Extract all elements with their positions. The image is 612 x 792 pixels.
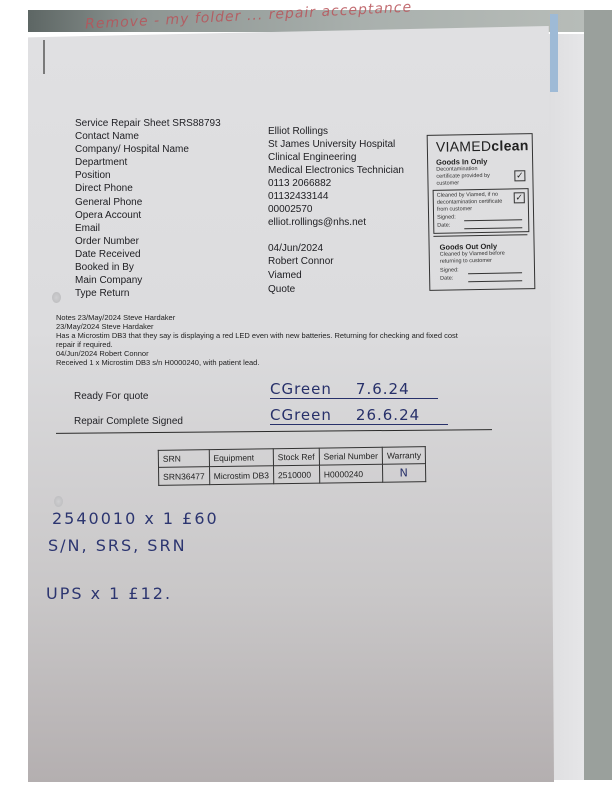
out-date-label: Date:: [440, 275, 453, 282]
handwritten-line-1: 2540010 x 1 £60: [52, 509, 219, 528]
ready-for-quote-signature: CGreen7.6.24: [270, 380, 438, 399]
blue-tab: [550, 14, 558, 92]
viamed-clean-box: VIAMEDclean Goods In Only Decontaminatio…: [427, 133, 536, 291]
note-line: Received 1 x Microstim DB3 s/n H0000240,…: [56, 358, 551, 367]
col-stock-ref: Stock Ref: [273, 448, 319, 466]
date-label: Date:: [437, 223, 450, 230]
field-label: Contact Name: [75, 131, 139, 142]
out-date-line: [468, 280, 522, 282]
signed-line: [464, 219, 522, 221]
signature-date: 26.6.24: [356, 406, 420, 424]
signature-date: 7.6.24: [356, 380, 410, 398]
cell-equipment: Microstim DB3: [209, 466, 274, 485]
field-value: 01132433144: [268, 191, 328, 202]
field-label: Opera Account: [75, 210, 141, 221]
field-value: 04/Jun/2024: [268, 243, 323, 254]
field-value: Viamed: [268, 270, 302, 281]
col-equipment: Equipment: [209, 449, 273, 467]
ready-for-quote-label: Ready For quote: [74, 391, 149, 402]
cell-stock-ref: 2510000: [273, 465, 319, 484]
equipment-table: SRN Equipment Stock Ref Serial Number Wa…: [158, 446, 427, 486]
note-line: repair if required.: [56, 340, 551, 349]
field-label: Email: [75, 223, 100, 234]
cell-serial-number: H0000240: [319, 464, 383, 483]
form-title: Service Repair Sheet SRS88793: [75, 118, 221, 129]
out-signed-line: [468, 272, 522, 274]
col-warranty: Warranty: [382, 447, 425, 465]
repair-complete-label: Repair Complete Signed: [74, 416, 183, 427]
field-value: elliot.rollings@nhs.net: [268, 217, 366, 228]
field-label: Type Return: [75, 288, 129, 299]
field-label: Position: [75, 170, 111, 181]
field-label: Department: [75, 157, 127, 168]
field-value: Robert Connor: [268, 256, 334, 267]
field-label: Direct Phone: [75, 183, 133, 194]
note-line: Notes 23/May/2024 Steve Hardaker: [56, 313, 551, 322]
cleaned-by-viamed-box: Cleaned by Viamed, if no decontamination…: [433, 188, 530, 234]
decon-checkbox[interactable]: ✓: [514, 170, 525, 181]
note-line: 04/Jun/2024 Robert Connor: [56, 349, 551, 358]
field-label: Main Company: [75, 275, 142, 286]
field-value: 0113 2066882: [268, 178, 331, 189]
field-value: Clinical Engineering: [268, 152, 356, 163]
signature-name: CGreen: [270, 406, 332, 424]
field-label: Booked in By: [75, 262, 134, 273]
cell-srn: SRN36477: [159, 467, 210, 486]
handwritten-line-2: S/N, SRS, SRN: [48, 536, 187, 555]
table-row: SRN36477 Microstim DB3 2510000 H0000240 …: [159, 464, 426, 486]
field-label: Date Received: [75, 249, 141, 260]
goods-out-text: Cleaned by Viamed before returning to cu…: [440, 250, 520, 265]
viamed-clean-logo: VIAMEDclean: [436, 137, 529, 155]
signature-name: CGreen: [270, 380, 332, 398]
notes-section: Notes 23/May/2024 Steve Hardaker 23/May/…: [56, 313, 551, 367]
field-value: Quote: [268, 284, 295, 295]
handwritten-line-3: UPS x 1 £12.: [46, 584, 172, 603]
decon-certificate-text: Decontamination certificate provided by …: [436, 166, 498, 188]
signed-label: Signed:: [437, 214, 456, 221]
col-srn: SRN: [158, 450, 209, 468]
punch-hole: [52, 292, 61, 303]
field-value: Elliot Rollings: [268, 126, 328, 137]
cell-warranty: N: [383, 464, 426, 483]
date-line: [464, 227, 522, 229]
repair-complete-signature: CGreen26.6.24: [270, 406, 448, 425]
background-surface-right: [584, 10, 612, 780]
goods-out-section: Goods Out Only Cleaned by Viamed before …: [433, 234, 528, 287]
field-value: 00002570: [268, 204, 313, 215]
field-value: Medical Electronics Technician: [268, 165, 404, 176]
cleaned-text: Cleaned by Viamed, if no decontamination…: [437, 192, 507, 214]
out-signed-label: Signed:: [440, 267, 459, 274]
staple-mark: [43, 40, 45, 74]
punch-hole: [54, 496, 63, 507]
field-label: General Phone: [75, 197, 142, 208]
field-label: Order Number: [75, 236, 139, 247]
note-line: Has a Microstim DB3 that they say is dis…: [56, 331, 551, 340]
note-line: 23/May/2024 Steve Hardaker: [56, 322, 551, 331]
field-label: Company/ Hospital Name: [75, 144, 189, 155]
col-serial-number: Serial Number: [319, 447, 383, 465]
cleaned-checkbox[interactable]: ✓: [514, 192, 525, 203]
field-value: St James University Hospital: [268, 139, 395, 150]
